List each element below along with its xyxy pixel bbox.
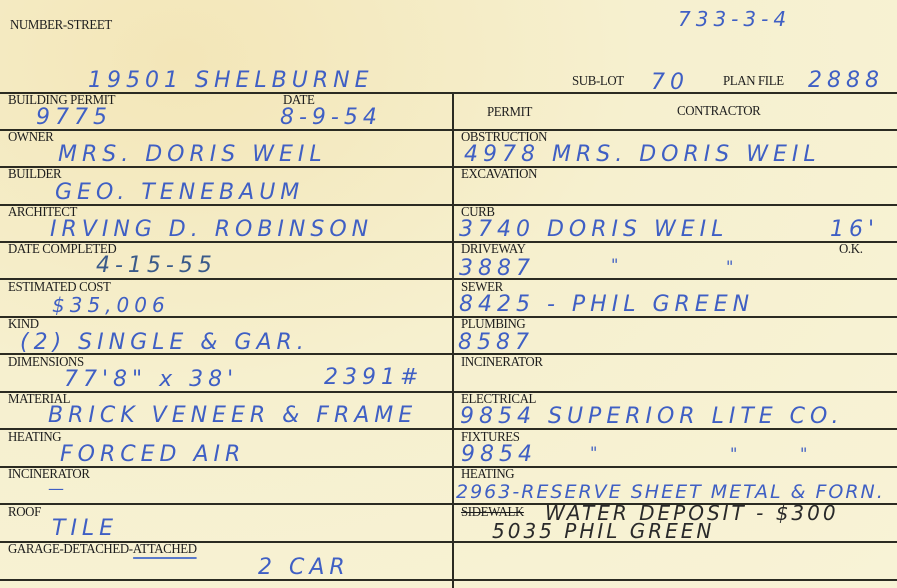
rule (0, 579, 897, 581)
permit-column-header: PERMIT (487, 106, 532, 120)
ward-code: 733-3-4 (678, 8, 791, 30)
driveway-ditto: " (726, 256, 738, 278)
architect-value: IRVING D. ROBINSON (50, 219, 373, 241)
dimensions-value: 77'8" x 38' (64, 369, 238, 391)
garage-label: GARAGE-DETACHED-ATTACHED (8, 543, 197, 557)
fixtures-value: 9854 (461, 444, 537, 466)
garage-value: 2 CAR (258, 557, 350, 579)
column-divider (452, 92, 454, 588)
obstruction-value: 4978 MRS. DORIS WEIL (464, 144, 821, 166)
rule (0, 129, 897, 131)
number-street-label: NUMBER-STREET (10, 19, 112, 33)
plan-file-label: PLAN FILE (723, 75, 784, 89)
garage-label-attached: ATTACHED (133, 542, 197, 559)
rule (0, 92, 897, 94)
material-value: BRICK VENEER & FRAME (48, 405, 417, 427)
fixtures-ditto: " (590, 442, 602, 464)
builder-value: GEO. TENEBAUM (55, 182, 304, 204)
heating-label: HEATING (8, 431, 61, 445)
permit-record-card: NUMBER-STREET 733-3-4 19501 SHELBURNE SU… (0, 0, 897, 588)
incinerator-value: — (48, 478, 69, 500)
date-completed-value: 4-15-55 (96, 255, 217, 277)
rule (0, 278, 897, 280)
driveway-label: DRIVEWAY (461, 243, 526, 257)
permit-date-value: 8-9-54 (280, 107, 382, 129)
dimensions-area-value: 2391# (324, 367, 423, 389)
fixtures-ditto: " (730, 443, 742, 465)
sewer-value: 8425 - PHIL GREEN (459, 294, 754, 316)
driveway-ditto: " (611, 254, 623, 276)
plumbing-value: 8587 (458, 332, 534, 354)
electrical-value: 9854 SUPERIOR LITE CO. (460, 406, 843, 428)
driveway-value: 3887 (459, 258, 535, 280)
excavation-label: EXCAVATION (461, 168, 537, 182)
heating-permit-value: 2963-RESERVE SHEET METAL & FORN. (456, 481, 885, 503)
fixtures-ditto: " (800, 443, 812, 465)
curb-value: 3740 DORIS WEIL (459, 219, 728, 241)
sub-lot-label: SUB-LOT (572, 75, 624, 89)
driveway-ok-label: O.K. (839, 243, 863, 257)
sidewalk-entry: 5035 PHIL GREEN (492, 520, 714, 542)
sidewalk-label: SIDEWALK (461, 506, 524, 520)
plan-file-value: 2888 (808, 70, 884, 92)
contractor-column-header: CONTRACTOR (677, 105, 760, 119)
builder-label: BUILDER (8, 168, 61, 182)
garage-label-prefix: GARAGE-DETACHED- (8, 542, 133, 557)
owner-value: MRS. DORIS WEIL (58, 144, 327, 166)
roof-label: ROOF (8, 506, 41, 520)
owner-label: OWNER (8, 131, 53, 145)
curb-length-value: 16' (830, 219, 879, 241)
kind-value: (2) SINGLE & GAR. (20, 332, 309, 354)
estimated-cost-value: $35,006 (52, 294, 170, 316)
roof-value: TILE (52, 518, 118, 540)
building-permit-value: 9775 (36, 107, 112, 129)
sub-lot-value: 70 (651, 72, 689, 94)
heating-value: FORCED AIR (60, 444, 245, 466)
heating-permit-label: HEATING (461, 468, 514, 482)
address-value: 19501 SHELBURNE (88, 70, 373, 92)
incinerator-permit-label: INCINERATOR (461, 356, 543, 370)
